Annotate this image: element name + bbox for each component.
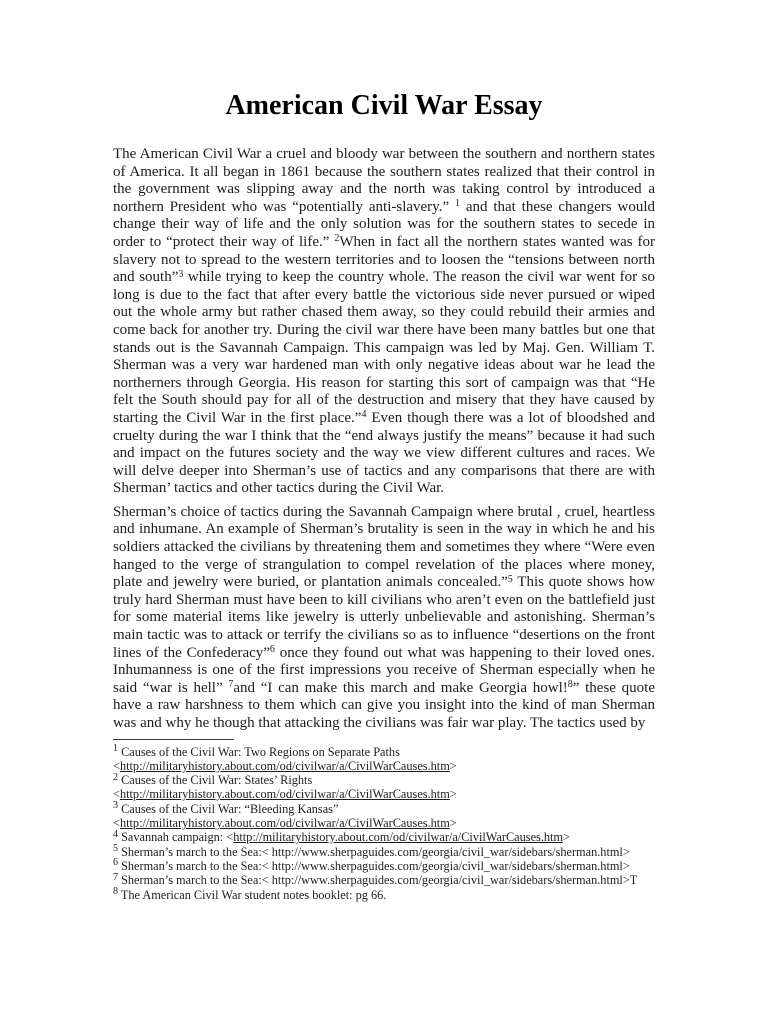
footnote-reference: 7 [113, 872, 118, 883]
text-run: Sherman’s march to the Sea:< http://www.… [118, 873, 637, 887]
footnote: 8 The American Civil War student notes b… [113, 888, 655, 902]
footnote-reference: 8 [568, 679, 573, 690]
footnote-line: 3 Causes of the Civil War: “Bleeding Kan… [113, 802, 655, 816]
footnote-line: 2 Causes of the Civil War: States’ Right… [113, 773, 655, 787]
document-page: American Civil War Essay The American Ci… [0, 0, 768, 1024]
footnote-reference: 2 [113, 772, 118, 783]
text-run: < [113, 759, 120, 773]
footnote-line: 1 Causes of the Civil War: Two Regions o… [113, 745, 655, 759]
essay-paragraph: Sherman’s choice of tactics during the S… [113, 504, 655, 733]
footnotes-section: 1 Causes of the Civil War: Two Regions o… [113, 745, 655, 902]
footnote-line: <http://militaryhistory.about.com/od/civ… [113, 759, 655, 773]
footnote: 7 Sherman’s march to the Sea:< http://ww… [113, 873, 655, 887]
footnote-reference: 7 [228, 679, 233, 690]
text-run: and “I can make this march and make Geor… [233, 680, 567, 696]
footnote-reference: 4 [113, 829, 118, 840]
text-run: Sherman’s march to the Sea:< http://www.… [118, 845, 630, 859]
footnote-line: <http://militaryhistory.about.com/od/civ… [113, 816, 655, 830]
footnote-reference: 1 [455, 198, 460, 209]
text-run: Sherman’s march to the Sea:< http://www.… [118, 859, 630, 873]
text-run: > [450, 816, 457, 830]
text-run: Savannah campaign: < [118, 830, 233, 844]
footnote-reference: 8 [113, 886, 118, 897]
essay-paragraph: The American Civil War a cruel and blood… [113, 146, 655, 498]
essay-body: The American Civil War a cruel and blood… [113, 146, 655, 733]
footnote-url[interactable]: http://militaryhistory.about.com/od/civi… [233, 830, 563, 844]
text-run: Causes of the Civil War: “Bleeding Kansa… [118, 802, 338, 816]
footnote-reference: 6 [270, 644, 275, 655]
footnote-line: <http://militaryhistory.about.com/od/civ… [113, 787, 655, 801]
footnote: 4 Savannah campaign: <http://militaryhis… [113, 830, 655, 844]
footnote: 3 Causes of the Civil War: “Bleeding Kan… [113, 802, 655, 831]
footnote-reference: 5 [508, 574, 513, 585]
footnote-line: 4 Savannah campaign: <http://militaryhis… [113, 830, 655, 844]
text-run: > [450, 759, 457, 773]
footnote-reference: 2 [334, 233, 339, 244]
footnote-url[interactable]: http://militaryhistory.about.com/od/civi… [120, 816, 450, 830]
text-run: Causes of the Civil War: States’ Rights [118, 773, 312, 787]
text-run: The American Civil War student notes boo… [118, 888, 386, 902]
footnote-line: 5 Sherman’s march to the Sea:< http://ww… [113, 845, 655, 859]
text-run: > [563, 830, 570, 844]
footnote-url[interactable]: http://militaryhistory.about.com/od/civi… [120, 759, 450, 773]
footnote-reference: 5 [113, 843, 118, 854]
footnote-url[interactable]: http://militaryhistory.about.com/od/civi… [120, 787, 450, 801]
footnote-reference: 4 [361, 409, 366, 420]
footnote: 2 Causes of the Civil War: States’ Right… [113, 773, 655, 802]
text-run: < [113, 816, 120, 830]
footnote-reference: 6 [113, 857, 118, 868]
footnote-line: 6 Sherman’s march to the Sea:< http://ww… [113, 859, 655, 873]
footnote: 5 Sherman’s march to the Sea:< http://ww… [113, 845, 655, 859]
footnote-reference: 3 [178, 269, 183, 280]
footnote-reference: 1 [113, 743, 118, 754]
essay-title: American Civil War Essay [113, 90, 655, 122]
footnote: 6 Sherman’s march to the Sea:< http://ww… [113, 859, 655, 873]
footnote-line: 8 The American Civil War student notes b… [113, 888, 655, 902]
text-run: while trying to keep the country whole. … [113, 269, 655, 426]
text-run: Causes of the Civil War: Two Regions on … [118, 745, 400, 759]
footnote-separator [113, 739, 234, 740]
footnote: 1 Causes of the Civil War: Two Regions o… [113, 745, 655, 774]
footnote-line: 7 Sherman’s march to the Sea:< http://ww… [113, 873, 655, 887]
text-run: > [450, 787, 457, 801]
footnote-reference: 3 [113, 800, 118, 811]
